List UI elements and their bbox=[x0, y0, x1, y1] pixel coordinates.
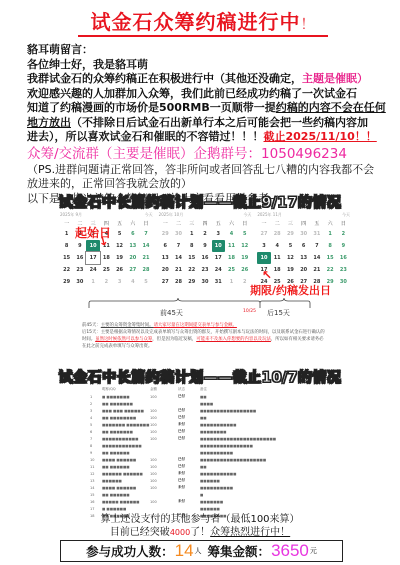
greeting-label: 貉耳萌留言： bbox=[27, 43, 387, 58]
calendar-day[interactable]: 1 bbox=[60, 228, 73, 240]
calendar-day[interactable]: 30 bbox=[172, 228, 185, 240]
calendar-day[interactable]: 1 bbox=[86, 276, 99, 288]
calendar-day[interactable]: 26 bbox=[113, 264, 126, 276]
ps-line: （PS.进群问题请正常回答，答非所问或者回答乱七八糟的内容我都不会 bbox=[27, 163, 387, 178]
table-row: 13■■■■■■100已付■■■■■■ bbox=[90, 477, 320, 484]
table-row: 6■■ ■■■■■■■100已付■■■■■■■■ bbox=[90, 428, 320, 435]
calendar-day[interactable]: 9 bbox=[198, 240, 211, 252]
calendar-day[interactable]: 17 bbox=[212, 252, 225, 264]
participants-label: 参与成功人数： bbox=[86, 542, 174, 560]
message-line: 我群试金石的众筹约稿正在积极进行中（其他还没确定，主题是催眠） bbox=[27, 72, 387, 87]
calendar-day[interactable]: 29 bbox=[60, 276, 73, 288]
table-row: 7■■■■■■■■■■■100已付■■■■■■■■■■■■■■■■■■■■■■■ bbox=[90, 435, 320, 442]
calendar-day[interactable]: 3 bbox=[257, 240, 270, 252]
timeline-notes: 前45天：主要的众筹资金筹集时间。请大家尽量在这期间提交表单与参与金额。 后15… bbox=[82, 322, 327, 350]
calendar-day[interactable]: 23 bbox=[73, 264, 86, 276]
calendar-day[interactable]: 20 bbox=[297, 264, 310, 276]
calendar-day[interactable]: 6 bbox=[159, 240, 172, 252]
calendar-day[interactable]: 2 bbox=[100, 276, 113, 288]
footer-line2: 目前已经突破4000了！众筹热烈进行中！ bbox=[0, 526, 400, 540]
calendar-day[interactable]: 30 bbox=[337, 276, 350, 288]
calendar-day[interactable]: 18 bbox=[225, 252, 238, 264]
calendar-day[interactable]: 22 bbox=[60, 264, 73, 276]
calendar-day[interactable]: 29 bbox=[159, 228, 172, 240]
calendar-day[interactable]: 1 bbox=[225, 276, 238, 288]
participants-unit: 人 bbox=[195, 546, 202, 556]
calendar-day[interactable]: 4 bbox=[126, 276, 139, 288]
section2-title: 试金石中长篇约稿计划——截止10/7的情况 bbox=[0, 367, 400, 387]
calendar-day[interactable]: 31 bbox=[212, 276, 225, 288]
table-row: 3■■■ ■■■ ■■■■■■100已付■■■■■■■■■■■■■■■■■ bbox=[90, 407, 320, 414]
summary-banner: 参与成功人数： 14 人 筹集金额： 3650 元 bbox=[60, 540, 343, 562]
calendar-day[interactable]: 28 bbox=[139, 264, 152, 276]
table-row: 10■■■■ ■■■■■■100已付■■■■■■■■■■■■■■■■■■■■ bbox=[90, 456, 320, 463]
participants-count: 14 bbox=[175, 541, 194, 561]
calendar-day[interactable]: 5 bbox=[139, 276, 152, 288]
calendar-day[interactable]: 10 bbox=[257, 252, 270, 264]
calendar-day[interactable]: 23 bbox=[337, 264, 350, 276]
calendar-header: 2025年 9月今天 bbox=[60, 212, 153, 220]
calendar-day[interactable]: 20 bbox=[159, 264, 172, 276]
calendar-day[interactable]: 22 bbox=[185, 264, 198, 276]
calendar-day[interactable]: 14 bbox=[310, 252, 323, 264]
title-underline bbox=[78, 35, 328, 37]
split-date-label: 10/25 bbox=[243, 309, 256, 314]
calendar-day[interactable]: 15 bbox=[324, 252, 337, 264]
table-row: 17■ ■■■■■■■■■■■■ bbox=[90, 505, 320, 512]
calendar-day[interactable]: 9 bbox=[73, 240, 86, 252]
calendar-day[interactable]: 24 bbox=[212, 264, 225, 276]
calendar-october: 2025年 10月今天一二三四五六日2930123456789101112131… bbox=[159, 212, 252, 297]
calendar-day[interactable]: 19 bbox=[284, 264, 297, 276]
calendar-day[interactable]: 31 bbox=[310, 228, 323, 240]
message-line: 地方放出（不排除日后试金石出新单行本之后可能会把一些约稿内容加 bbox=[27, 116, 387, 131]
calendar-day[interactable]: 13 bbox=[297, 252, 310, 264]
calendar-day[interactable]: 7 bbox=[139, 228, 152, 240]
note-45: 前45天：主要的众筹资金筹集时间。请大家尽量在这期间提交表单与参与金额。 bbox=[82, 322, 327, 329]
calendar-day[interactable]: 23 bbox=[198, 264, 211, 276]
amount-value: 3650 bbox=[271, 541, 309, 561]
message-line: 各位绅士好，我是貉耳萌 bbox=[27, 58, 387, 73]
calendar-day[interactable]: 8 bbox=[324, 240, 337, 252]
section1-title: 试金石中长篇约稿计划——截止9/17的情况 bbox=[0, 192, 400, 212]
ps-line: 放进来的，正常回答我就会放的） bbox=[27, 177, 387, 192]
calendar-day[interactable]: 6 bbox=[297, 240, 310, 252]
table-row: 4■■ ■■■■■■■■100已付■■ bbox=[90, 414, 320, 421]
calendar-day[interactable]: 30 bbox=[198, 276, 211, 288]
group-number: 众筹/交流群（主要是催眠）企鹅群号：1050496234 bbox=[27, 146, 387, 162]
calendar-day[interactable]: 21 bbox=[139, 252, 152, 264]
calendar-day[interactable]: 18 bbox=[100, 252, 113, 264]
message-line: 欢迎感兴趣的人加群加入众筹，我们此前已经成功约稿了一次试金石 bbox=[27, 87, 387, 102]
calendar-day[interactable]: 3 bbox=[212, 228, 225, 240]
calendar-day[interactable]: 6 bbox=[126, 228, 139, 240]
amount-label: 筹集金额： bbox=[208, 542, 271, 560]
calendar-day[interactable]: 5 bbox=[113, 228, 126, 240]
table-row: 5■■■■■■■ ■■■■■■■100未付■■■■■■■■■■■ bbox=[90, 421, 320, 428]
calendar-day[interactable]: 11 bbox=[271, 252, 284, 264]
deadline-annotation: 期限/约稿发出日 bbox=[250, 282, 331, 298]
first-45-days-label: 前45天 bbox=[160, 308, 183, 318]
arrow-icon: ↖ bbox=[262, 268, 272, 282]
calendar-day[interactable]: 28 bbox=[172, 276, 185, 288]
calendar-day[interactable]: 27 bbox=[257, 228, 270, 240]
amount-unit: 元 bbox=[310, 546, 317, 556]
message-line: 知道了约稿漫画的市场价是500RMB一页顺带一提约稿的内容不会在任何 bbox=[27, 101, 387, 116]
weekday-row: 一二三四五六日 bbox=[159, 220, 252, 228]
calendar-day[interactable]: 8 bbox=[185, 240, 198, 252]
weekday-row: 一二三四五六日 bbox=[257, 220, 350, 228]
calendar-day[interactable]: 17 bbox=[86, 252, 99, 264]
calendar-day[interactable]: 27 bbox=[126, 264, 139, 276]
table-row: 12■■■■■■ ■■■■■■100未付■■■■■■■■■■■ bbox=[90, 470, 320, 477]
calendar-day[interactable]: 5 bbox=[284, 240, 297, 252]
message-block: 貉耳萌留言： 各位绅士好，我是貉耳萌 我群试金石的众筹约稿正在积极进行中（其他还… bbox=[27, 43, 387, 206]
calendar-day[interactable]: 4 bbox=[225, 228, 238, 240]
calendar-day[interactable]: 28 bbox=[271, 228, 284, 240]
calendar-day[interactable]: 13 bbox=[126, 240, 139, 252]
calendar-day[interactable]: 2 bbox=[337, 228, 350, 240]
calendar-day[interactable]: 14 bbox=[172, 252, 185, 264]
calendar-day[interactable]: 20 bbox=[126, 252, 139, 264]
table-row: 14■■■■ ■■■■■■100未付■■■■■■■■■■ bbox=[90, 484, 320, 491]
calendar-day[interactable]: 30 bbox=[73, 276, 86, 288]
calendar-day[interactable]: 16 bbox=[73, 252, 86, 264]
calendar-day[interactable]: 2 bbox=[198, 228, 211, 240]
table-row: 9■■ ■■■■■■■■■■■■■■■■ bbox=[90, 449, 320, 456]
table-row: 11■■ ■■■■■■100已付■■ bbox=[90, 463, 320, 470]
table-row: 8■■■■■■■■■■■■■■■■■■■■■■■■■■■■ bbox=[90, 442, 320, 449]
last-15-days-label: 后15天 bbox=[267, 308, 290, 318]
calendar-day[interactable]: 10 bbox=[212, 240, 225, 252]
calendar-day[interactable]: 7 bbox=[172, 240, 185, 252]
calendar-day[interactable]: 25 bbox=[100, 264, 113, 276]
calendar-day[interactable]: 26 bbox=[238, 264, 251, 276]
page-title: 试金石众筹约稿进行中！ bbox=[78, 8, 328, 36]
calendar-header: 2025年 11月今天 bbox=[257, 212, 350, 220]
calendar-day[interactable]: 15 bbox=[185, 252, 198, 264]
calendar-day[interactable]: 22 bbox=[324, 264, 337, 276]
table-row: 15■■ ■■■■■■■ bbox=[90, 491, 320, 498]
calendar-day[interactable]: 19 bbox=[113, 252, 126, 264]
calendar-day[interactable]: 18 bbox=[271, 264, 284, 276]
calendar-day[interactable]: 12 bbox=[238, 240, 251, 252]
calendar-day[interactable]: 12 bbox=[113, 240, 126, 252]
calendar-day[interactable]: 15 bbox=[60, 252, 73, 264]
calendar-day[interactable]: 21 bbox=[172, 264, 185, 276]
calendar-day[interactable]: 14 bbox=[139, 240, 152, 252]
calendar-day[interactable]: 16 bbox=[198, 252, 211, 264]
note-15: 后15天：主要是根据众筹情况以及完成表单填写与众筹出资的群友，开始撰写剧本与玩法… bbox=[82, 329, 327, 350]
calendar-day[interactable]: 29 bbox=[185, 276, 198, 288]
calendar-day[interactable]: 21 bbox=[310, 264, 323, 276]
theme-highlight: 主题是催眠） bbox=[302, 72, 368, 85]
calendar-header: 2025年 10月今天 bbox=[159, 212, 252, 220]
calendar-day[interactable]: 27 bbox=[159, 276, 172, 288]
message-line: 进去），所以喜欢试金石和催眠的不容错过！！！截止2025/11/10！！ bbox=[27, 130, 387, 145]
calendar-day[interactable]: 25 bbox=[225, 264, 238, 276]
calendar-day[interactable]: 4 bbox=[271, 240, 284, 252]
table-row: 1■ ■■■■■■■100已付■■ bbox=[90, 393, 320, 400]
calendar-day[interactable]: 1 bbox=[185, 228, 198, 240]
calendar-day[interactable]: 13 bbox=[159, 252, 172, 264]
calendar-day[interactable]: 3 bbox=[113, 276, 126, 288]
calendar-day[interactable]: 30 bbox=[297, 228, 310, 240]
calendar-day[interactable]: 24 bbox=[86, 264, 99, 276]
table-row: 2■■ ■■■■■■■■■■■ bbox=[90, 400, 320, 407]
calendar-day[interactable]: 8 bbox=[60, 240, 73, 252]
calendar-day[interactable]: 29 bbox=[284, 228, 297, 240]
footer-line1: 算上还没支付的其他参与者（最低100来算） bbox=[0, 513, 400, 527]
deadline: 截止2025/11/10！！ bbox=[264, 130, 377, 143]
calendar-day[interactable]: 5 bbox=[238, 228, 251, 240]
calendar-day[interactable]: 1 bbox=[324, 228, 337, 240]
calendar-day[interactable]: 9 bbox=[337, 240, 350, 252]
participants-table: 昵称/QQ 金额 状态 备注 1■ ■■■■■■■100已付■■2■■ ■■■■… bbox=[90, 386, 320, 513]
calendar-day[interactable]: 11 bbox=[225, 240, 238, 252]
calendar-day[interactable]: 19 bbox=[238, 252, 251, 264]
table-row: 16■■■■■ ■■■■■■100未付■■■■■■■ bbox=[90, 498, 320, 505]
calendar-day[interactable]: 16 bbox=[337, 252, 350, 264]
table-header: 昵称/QQ 金额 状态 备注 bbox=[90, 386, 320, 393]
calendar-day[interactable]: 7 bbox=[310, 240, 323, 252]
calendar-day[interactable]: 12 bbox=[284, 252, 297, 264]
